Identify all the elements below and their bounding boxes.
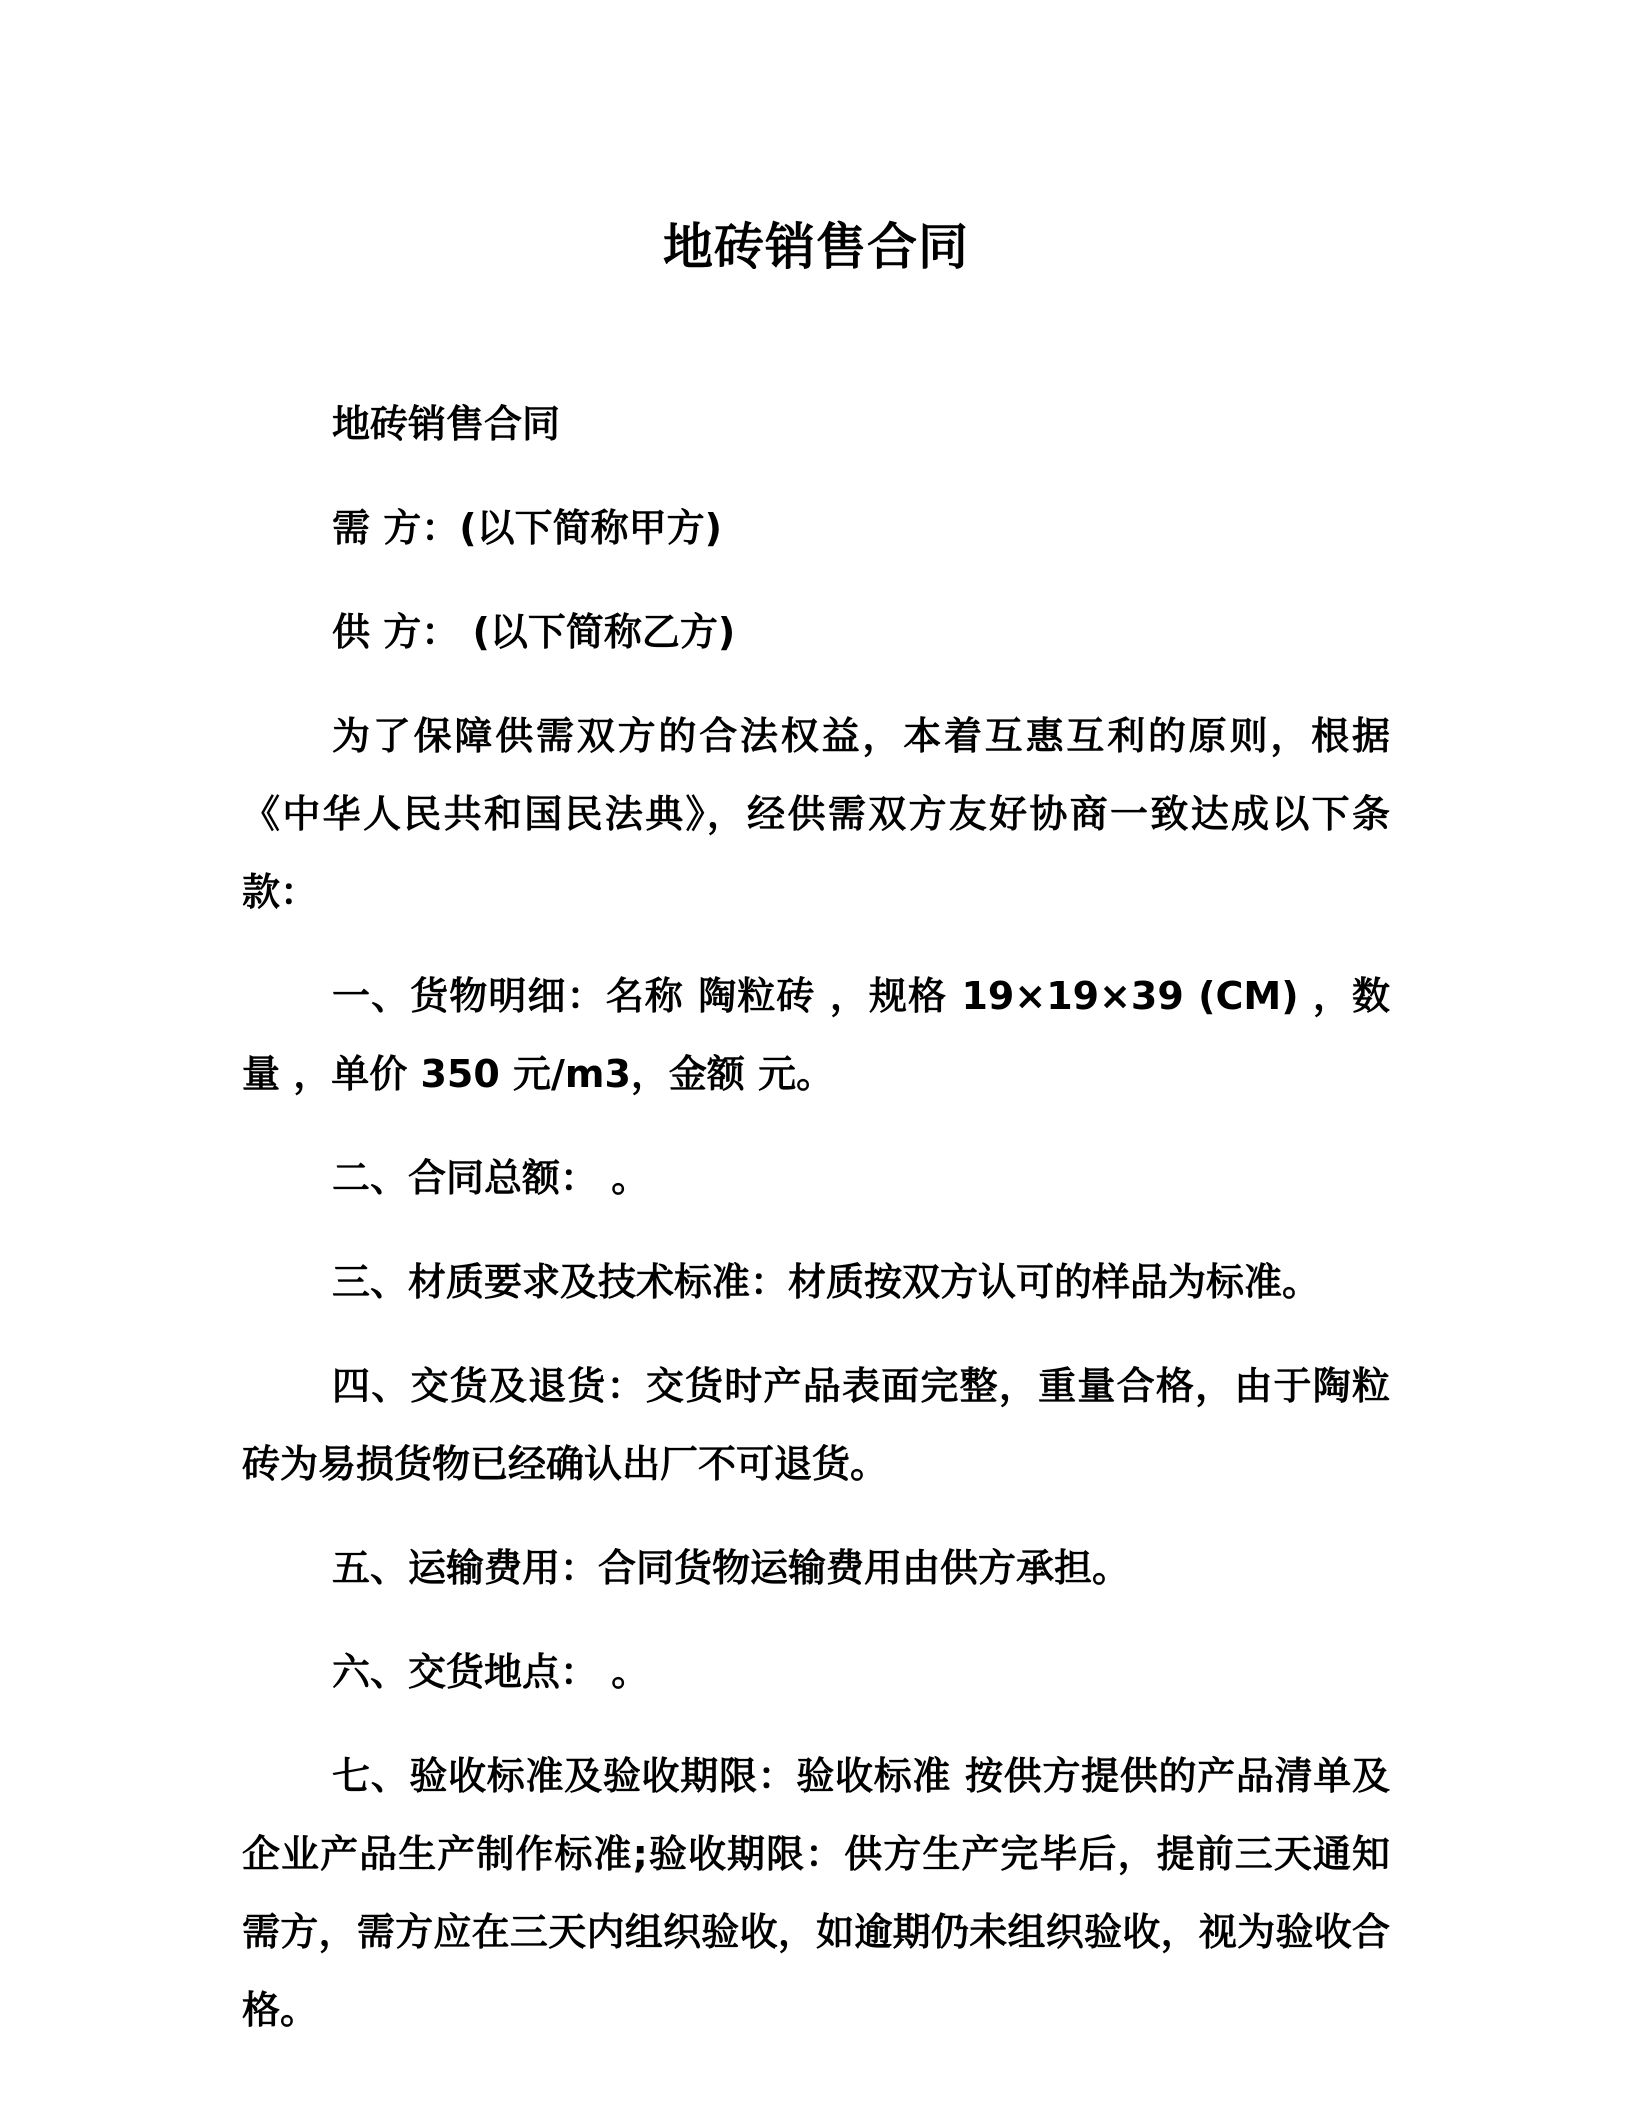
contract-document-page: 地砖销售合同 地砖销售合同 需 方：(以下简称甲方) 供 方： (以下简称乙方)…	[0, 0, 1632, 2112]
clause-5-transport-cost: 五、运输费用：合同货物运输费用由供方承担。	[242, 1529, 1390, 1607]
document-body: 地砖销售合同 需 方：(以下简称甲方) 供 方： (以下简称乙方) 为了保障供需…	[242, 385, 1390, 2049]
clause-6-delivery-place: 六、交货地点： 。	[242, 1633, 1390, 1711]
supplier-party-line: 供 方： (以下简称乙方)	[242, 593, 1390, 671]
subtitle-line: 地砖销售合同	[242, 385, 1390, 463]
clause-4-delivery-return: 四、交货及退货：交货时产品表面完整，重量合格，由于陶粒砖为易损货物已经确认出厂不…	[242, 1347, 1390, 1503]
buyer-party-line: 需 方：(以下简称甲方)	[242, 489, 1390, 567]
clause-1-goods-detail: 一、货物明细：名称 陶粒砖 ，规格 19×19×39 (CM) ，数量 ，单价 …	[242, 957, 1390, 1113]
clause-7-acceptance-terms: 七、验收标准及验收期限：验收标准 按供方提供的产品清单及企业产品生产制作标准;验…	[242, 1737, 1390, 2049]
document-title: 地砖销售合同	[242, 215, 1390, 279]
preamble-paragraph: 为了保障供需双方的合法权益，本着互惠互利的原则，根据《中华人民共和国民法典》，经…	[242, 697, 1390, 931]
clause-2-contract-total: 二、合同总额： 。	[242, 1139, 1390, 1217]
clause-3-material-standard: 三、材质要求及技术标准：材质按双方认可的样品为标准。	[242, 1243, 1390, 1321]
